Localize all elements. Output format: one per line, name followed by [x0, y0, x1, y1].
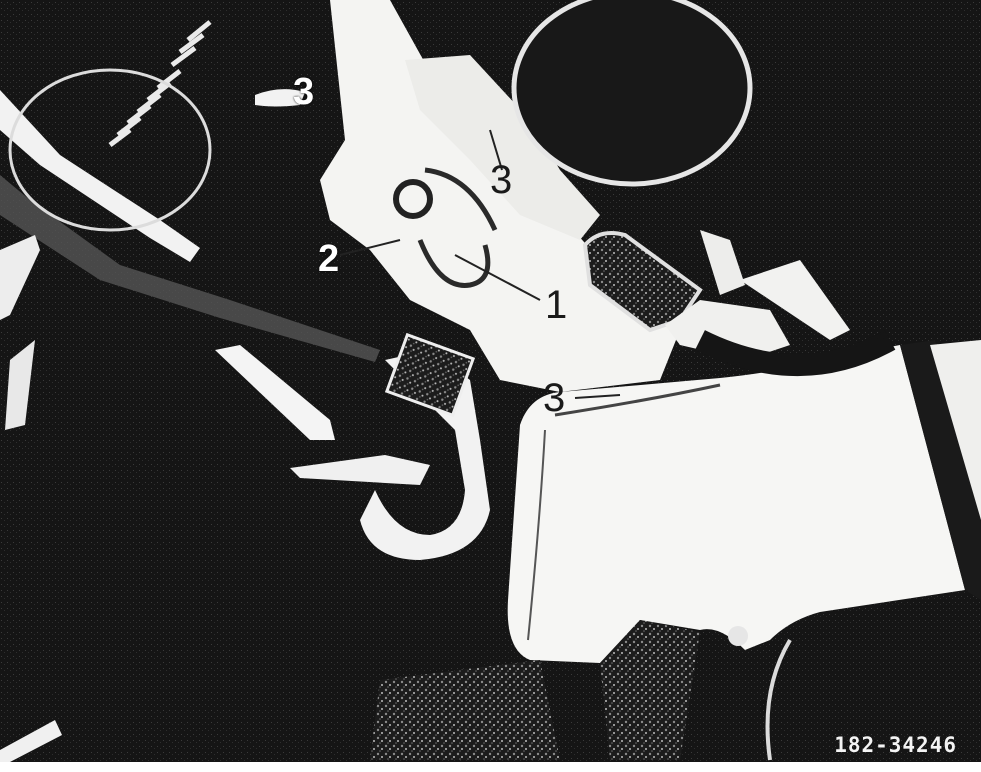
callout-3-top-center: 3 — [490, 160, 512, 200]
callout-2: 2 — [318, 240, 339, 278]
brake-booster — [514, 0, 750, 184]
figure-reference-number: 182-34246 — [834, 733, 957, 757]
callout-3-lower: 3 — [543, 378, 565, 418]
photo-illustration — [0, 0, 981, 772]
callout-1: 1 — [545, 285, 567, 325]
callout-3-top-left: 3 — [293, 73, 314, 111]
bottom-border — [0, 762, 981, 772]
